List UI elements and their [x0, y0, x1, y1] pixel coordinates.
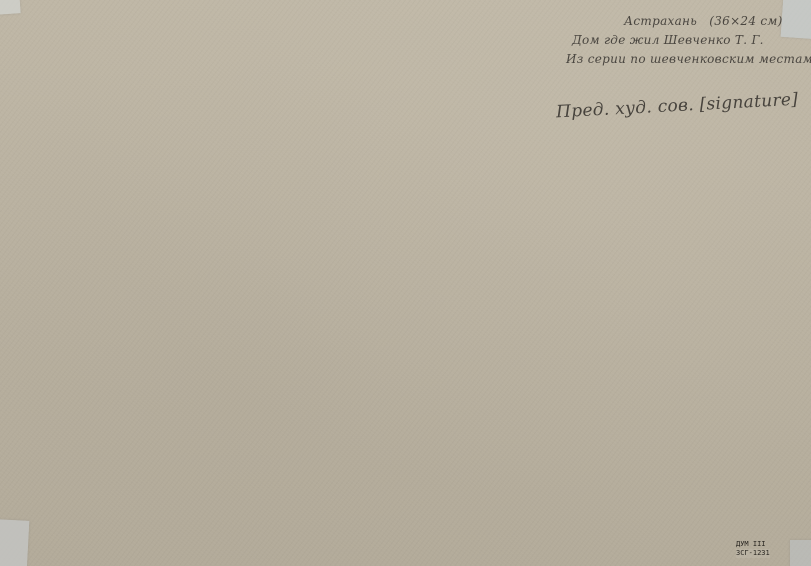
paper-grain-texture	[0, 0, 811, 566]
stamp-line-2: ЗСГ-1231	[736, 549, 770, 558]
corner-tape-top-left	[0, 0, 21, 15]
corner-tape-top-right	[781, 0, 811, 39]
inscription-signature-line: Пред. худ. сов. [signature]	[556, 90, 799, 123]
artwork-verso-sheet: Астрахань (36×24 см) Дом где жил Шевченк…	[0, 0, 811, 566]
catalog-stamp: ДУМ III ЗСГ-1231	[736, 540, 770, 558]
inscription-city: Астрахань	[624, 14, 697, 28]
inscription-series-line: Из серии по шевченковским местам	[566, 52, 811, 66]
corner-tape-bottom-left	[0, 519, 29, 566]
stamp-line-1: ДУМ III	[736, 540, 770, 549]
inscription-title-line: Астрахань (36×24 см)	[624, 14, 783, 28]
corner-tape-bottom-right	[790, 540, 811, 566]
inscription-dimensions: (36×24 см)	[709, 14, 782, 28]
inscription-subject-line: Дом где жил Шевченко Т. Г.	[572, 33, 764, 47]
